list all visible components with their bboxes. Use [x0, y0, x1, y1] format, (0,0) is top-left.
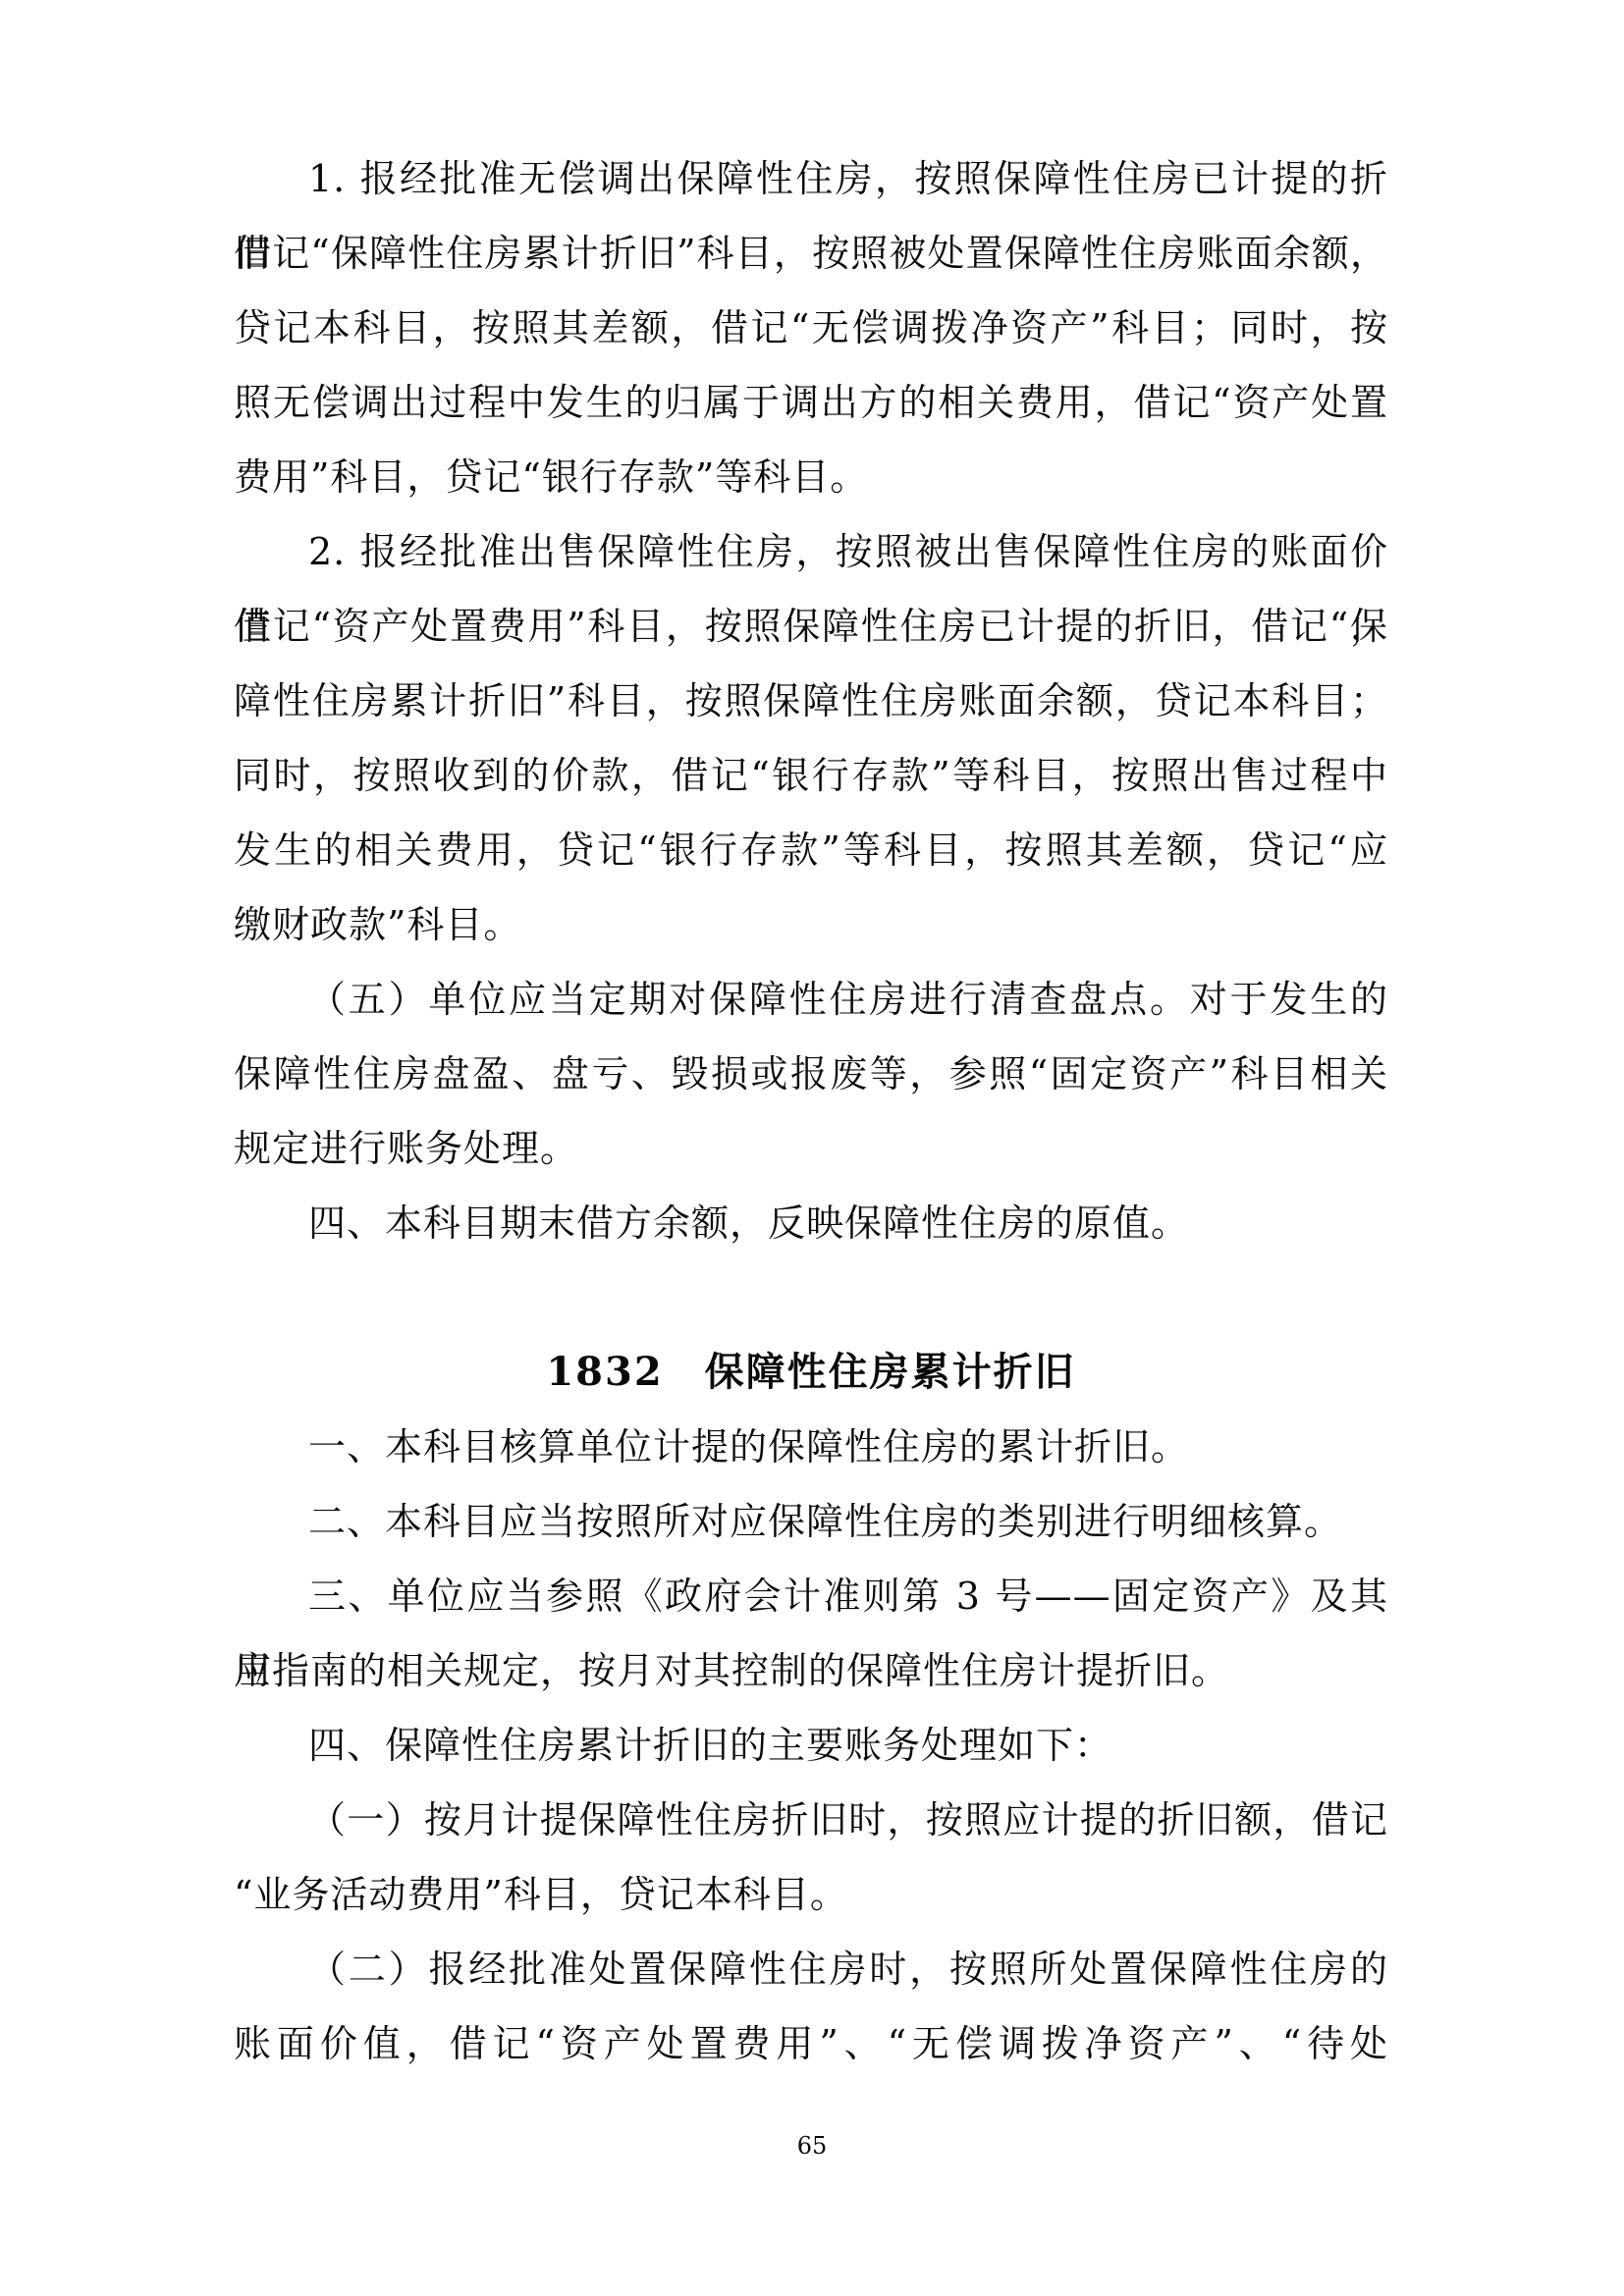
text-line: 1. 报经批准无偿调出保障性住房，按照保障性住房已计提的折旧，	[234, 141, 1388, 216]
text-line: 三、单位应当参照《政府会计准则第 3 号——固定资产》及其应	[234, 1559, 1388, 1633]
page-number: 65	[0, 2130, 1624, 2162]
text-line: 障性住房累计折旧”科目，按照保障性住房账面余额，贷记本科目；	[234, 664, 1388, 738]
text-line: （五）单位应当定期对保障性住房进行清查盘点。对于发生的	[234, 962, 1388, 1037]
text-line: 2. 报经批准出售保障性住房，按照被出售保障性住房的账面价值，	[234, 514, 1388, 589]
section-heading: 1832 保障性住房累计折旧	[234, 1335, 1388, 1410]
text-line: 用指南的相关规定，按月对其控制的保障性住房计提折旧。	[234, 1633, 1388, 1708]
document-page: 1. 报经批准无偿调出保障性住房，按照保障性住房已计提的折旧，借记“保障性住房累…	[0, 0, 1624, 2296]
text-line: 账面价值，借记“资产处置费用”、“无偿调拨净资产”、“待处	[234, 2006, 1388, 2081]
blank-line	[234, 1260, 1388, 1335]
text-line: 规定进行账务处理。	[234, 1111, 1388, 1186]
text-line: 四、保障性住房累计折旧的主要账务处理如下：	[234, 1708, 1388, 1783]
text-line: 发生的相关费用，贷记“银行存款”等科目，按照其差额，贷记“应	[234, 813, 1388, 887]
text-line: “业务活动费用”科目，贷记本科目。	[234, 1857, 1388, 1932]
text-line: 照无偿调出过程中发生的归属于调出方的相关费用，借记“资产处置	[234, 365, 1388, 440]
text-line: （二）报经批准处置保障性住房时，按照所处置保障性住房的	[234, 1932, 1388, 2006]
text-line: （一）按月计提保障性住房折旧时，按照应计提的折旧额，借记	[234, 1783, 1388, 1857]
text-line: 一、本科目核算单位计提的保障性住房的累计折旧。	[234, 1410, 1388, 1484]
text-line: 保障性住房盘盈、盘亏、毁损或报废等，参照“固定资产”科目相关	[234, 1037, 1388, 1111]
text-line: 借记“资产处置费用”科目，按照保障性住房已计提的折旧，借记“保	[234, 589, 1388, 664]
document-body: 1. 报经批准无偿调出保障性住房，按照保障性住房已计提的折旧，借记“保障性住房累…	[234, 141, 1388, 2081]
text-line: 二、本科目应当按照所对应保障性住房的类别进行明细核算。	[234, 1484, 1388, 1559]
text-line: 贷记本科目，按照其差额，借记“无偿调拨净资产”科目；同时，按	[234, 291, 1388, 365]
text-line: 同时，按照收到的价款，借记“银行存款”等科目，按照出售过程中	[234, 738, 1388, 813]
text-line: 四、本科目期末借方余额，反映保障性住房的原值。	[234, 1186, 1388, 1260]
text-line: 缴财政款”科目。	[234, 887, 1388, 962]
text-line: 借记“保障性住房累计折旧”科目，按照被处置保障性住房账面余额，	[234, 216, 1388, 291]
text-line: 费用”科目，贷记“银行存款”等科目。	[234, 440, 1388, 514]
